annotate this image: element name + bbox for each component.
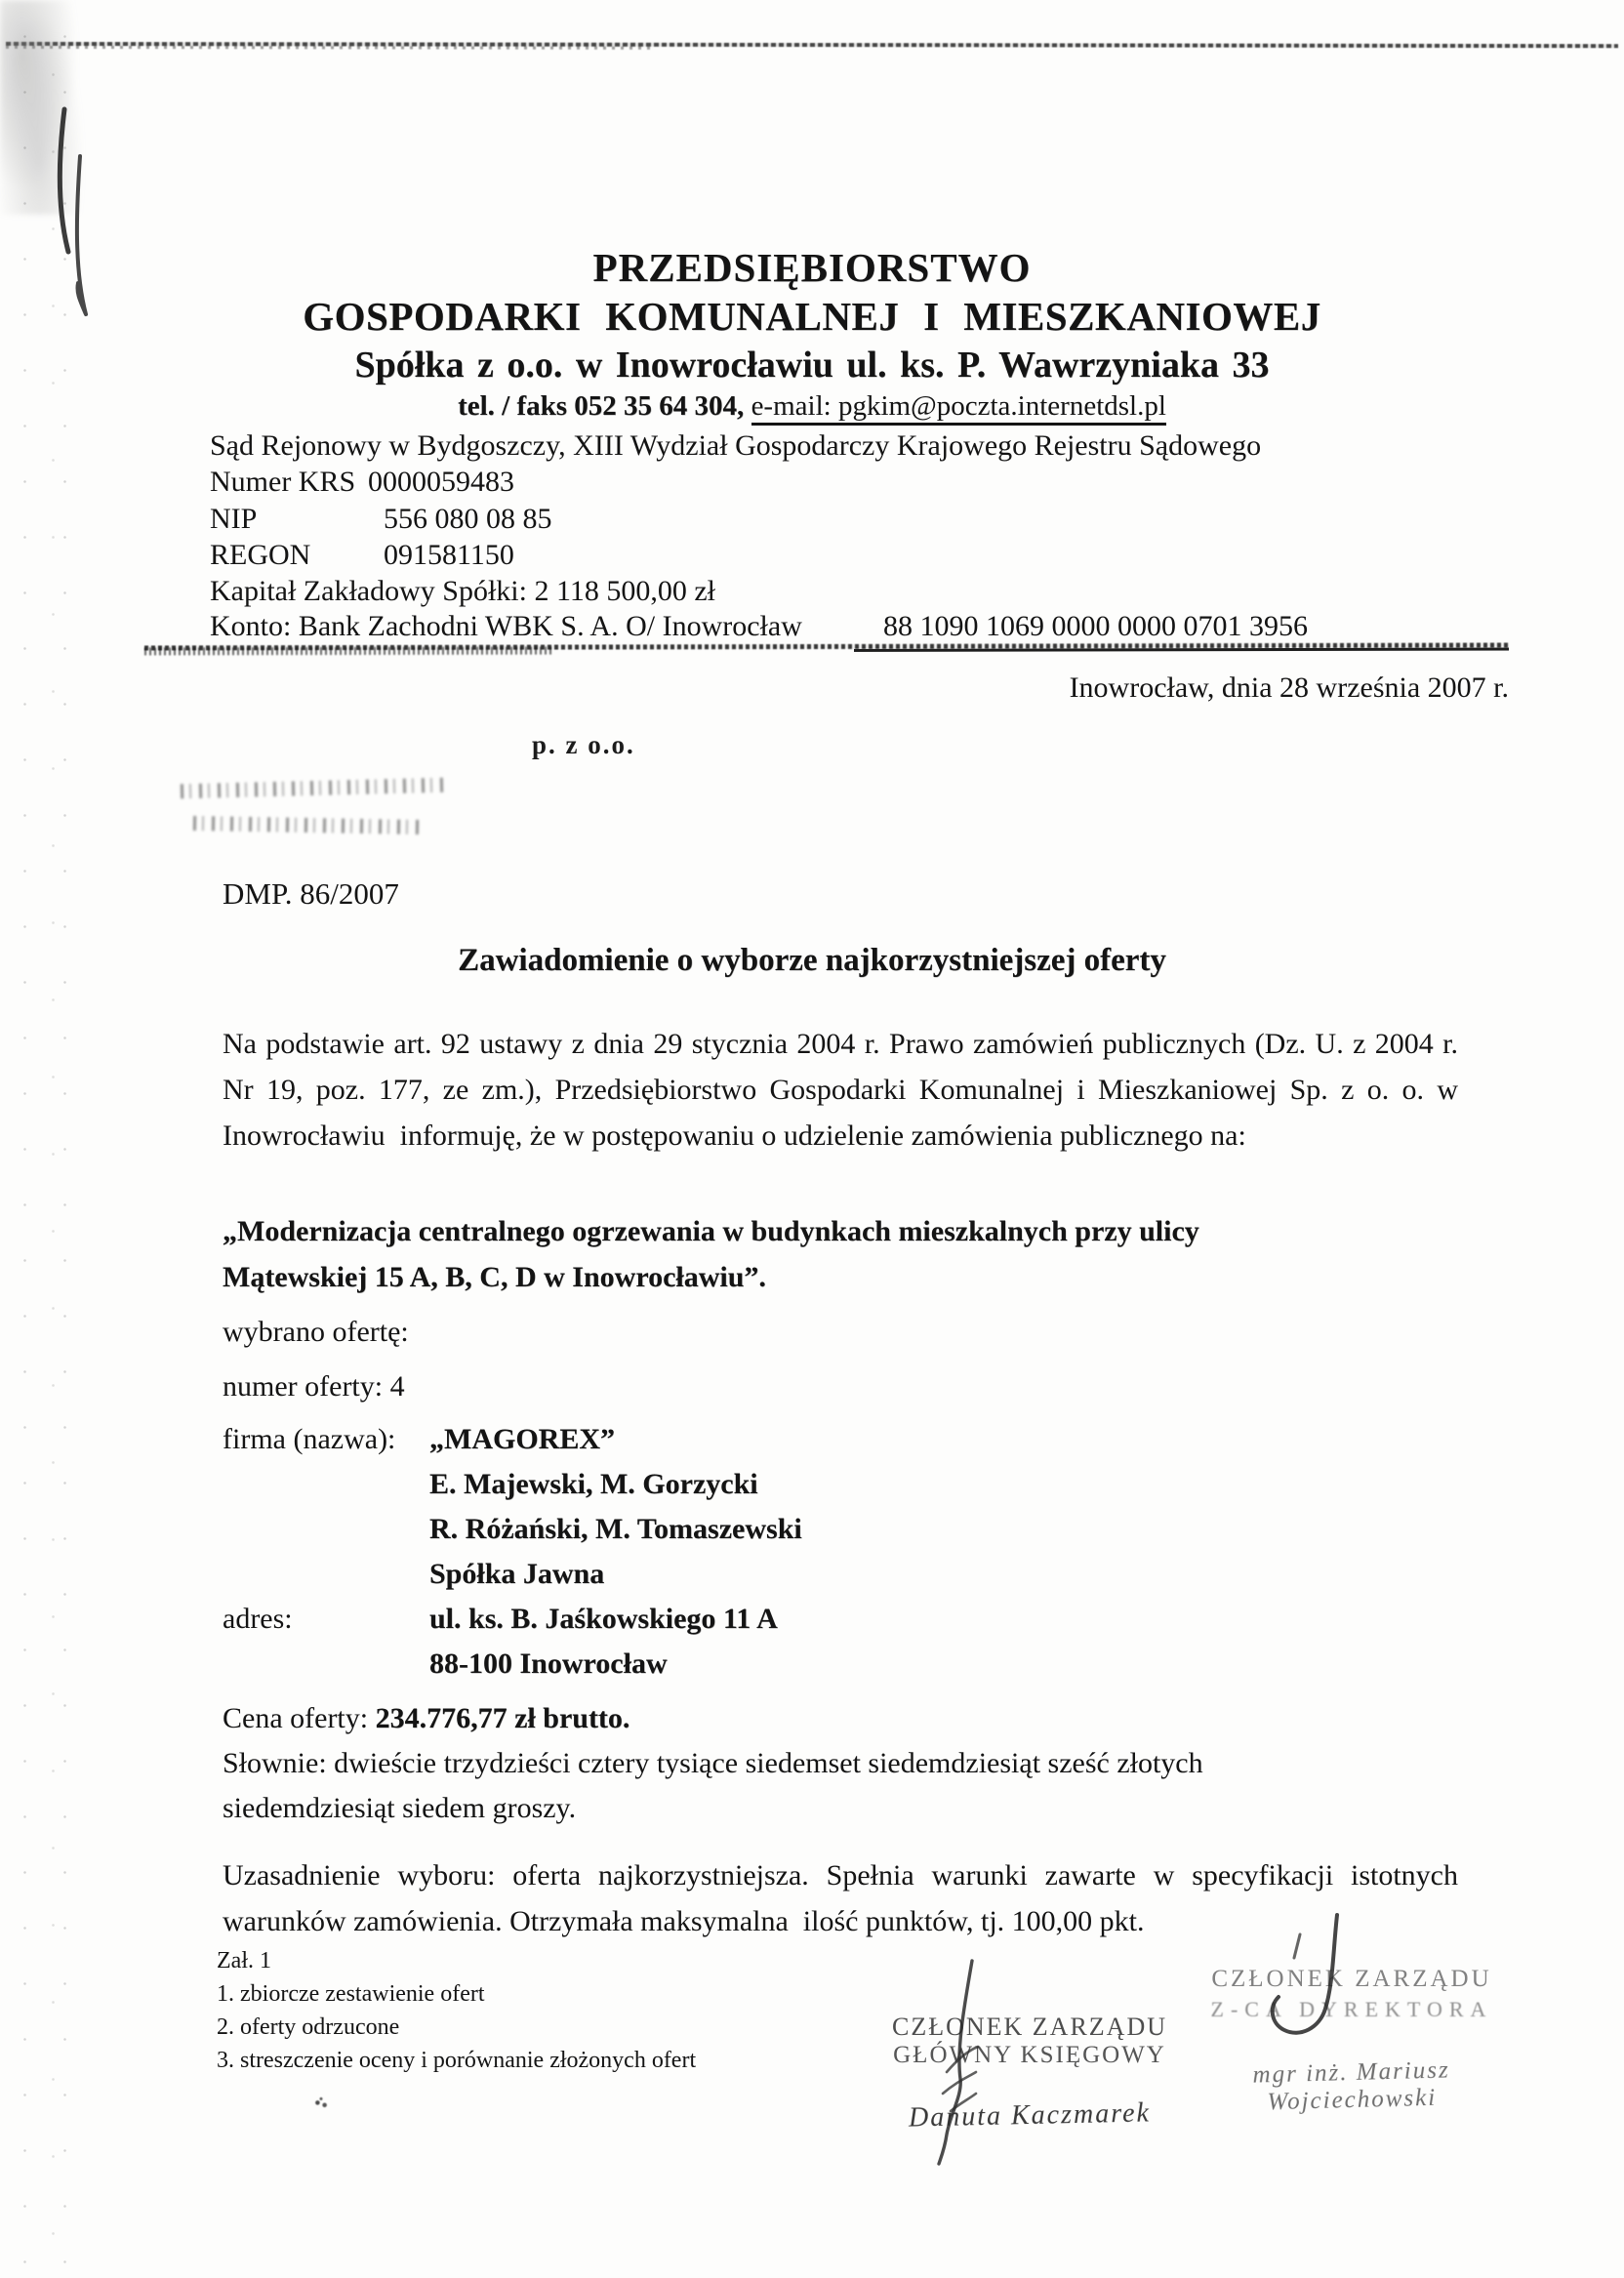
- scan-artifact-top-line: [6, 42, 1618, 51]
- court-registry-line: Sąd Rejonowy w Bydgoszczy, XIII Wydział …: [210, 429, 1261, 463]
- subject-block: „Modernizacja centralnego ogrzewania w b…: [223, 1208, 1458, 1300]
- email-text: e-mail: pgkim@poczta.internetdsl.pl: [751, 390, 1166, 426]
- price-value: 234.776,77 zł brutto.: [376, 1702, 630, 1734]
- nip-value: 556 080 08 85: [384, 503, 552, 535]
- price-in-words-line-1: Słownie: dwieście trzydzieści cztery tys…: [223, 1747, 1203, 1780]
- address-city: 88-100 Inowrocław: [429, 1647, 668, 1681]
- regon-row: REGON091581150: [210, 539, 514, 572]
- company-address-line: Spółka z o.o. w Inowrocławiu ul. ks. P. …: [0, 344, 1624, 386]
- account-number: 88 1090 1069 0000 0000 0701 3956: [883, 610, 1308, 643]
- capital-row: Kapitał Zakładowy Spółki: 2 118 500,00 z…: [210, 575, 715, 608]
- subject-line-2: Mątewskiej 15 A, B, C, D w Inowrocławiu”…: [223, 1254, 1458, 1300]
- divider-solid-line: [854, 648, 1509, 652]
- price-in-words-line-2: siedemdziesiąt siedem groszy.: [223, 1792, 576, 1825]
- stamp-fragment: p. z o.o.: [532, 730, 635, 760]
- right-signature-name: mgr inż. Mariusz Wojciechowski: [1175, 2054, 1527, 2118]
- chosen-offer-text: wybrano ofertę:: [223, 1316, 409, 1349]
- document-title: Zawiadomienie o wyborze najkorzystniejsz…: [194, 943, 1430, 979]
- illegible-stamp-line: [181, 778, 444, 799]
- company-name-line2: GOSPODARKI KOMUNALNEJ I MIESZKANIOWEJ: [0, 293, 1624, 340]
- address-label: adres:: [223, 1603, 293, 1636]
- regon-label: REGON: [210, 539, 384, 572]
- firm-label: firma (nazwa):: [223, 1423, 395, 1456]
- company-name-line1: PRZEDSIĘBIORSTWO: [0, 244, 1624, 291]
- nip-label: NIP: [210, 503, 384, 536]
- contact-line: tel. / faks 052 35 64 304, e-mail: pgkim…: [0, 390, 1624, 423]
- address-street: ul. ks. B. Jaśkowskiego 11 A: [429, 1603, 778, 1636]
- handwritten-signature-left: [908, 1957, 1035, 2167]
- date-line: Inowrocław, dnia 28 września 2007 r.: [0, 671, 1509, 705]
- attachments-header: Zał. 1: [217, 1948, 271, 1974]
- attachment-item: 2. oferty odrzucone: [217, 2014, 399, 2041]
- illegible-stamp-line: [193, 816, 423, 834]
- price-line: Cena oferty: 234.776,77 zł brutto.: [223, 1702, 629, 1735]
- nip-row: NIP556 080 08 85: [210, 503, 552, 536]
- attachment-item: 3. streszczenie oceny i porównanie złożo…: [217, 2048, 696, 2074]
- letterhead-divider: [144, 643, 1509, 658]
- handwritten-signature-right: [1239, 1911, 1386, 2057]
- offer-number-text: numer oferty: 4: [223, 1370, 405, 1403]
- krs-label: Numer KRS: [210, 466, 368, 499]
- account-label: Konto: Bank Zachodni WBK S. A. O/ Inowro…: [210, 610, 802, 642]
- krs-value: 0000059483: [368, 466, 514, 498]
- scanned-letter-page: PRZEDSIĘBIORSTWO GOSPODARKI KOMUNALNEJ I…: [0, 0, 1624, 2278]
- scan-speck: [312, 2096, 330, 2112]
- phone-fax-text: tel. / faks 052 35 64 304,: [458, 390, 751, 422]
- krs-row: Numer KRS0000059483: [210, 466, 514, 499]
- reference-number: DMP. 86/2007: [223, 876, 399, 912]
- account-row: Konto: Bank Zachodni WBK S. A. O/ Inowro…: [210, 610, 802, 643]
- intro-paragraph: Na podstawie art. 92 ustawy z dnia 29 st…: [223, 1021, 1458, 1159]
- firm-partners-1: E. Majewski, M. Gorzycki: [429, 1468, 758, 1501]
- attachment-item: 1. zbiorcze zestawienie ofert: [217, 1981, 485, 2008]
- subject-line-1: „Modernizacja centralnego ogrzewania w b…: [223, 1208, 1458, 1254]
- regon-value: 091581150: [384, 539, 514, 571]
- price-label: Cena oferty:: [223, 1702, 376, 1734]
- scan-edge-noise: [0, 0, 98, 2278]
- firm-type: Spółka Jawna: [429, 1558, 604, 1591]
- firm-name: „MAGOREX”: [429, 1423, 615, 1456]
- firm-partners-2: R. Różański, M. Tomaszewski: [429, 1513, 802, 1546]
